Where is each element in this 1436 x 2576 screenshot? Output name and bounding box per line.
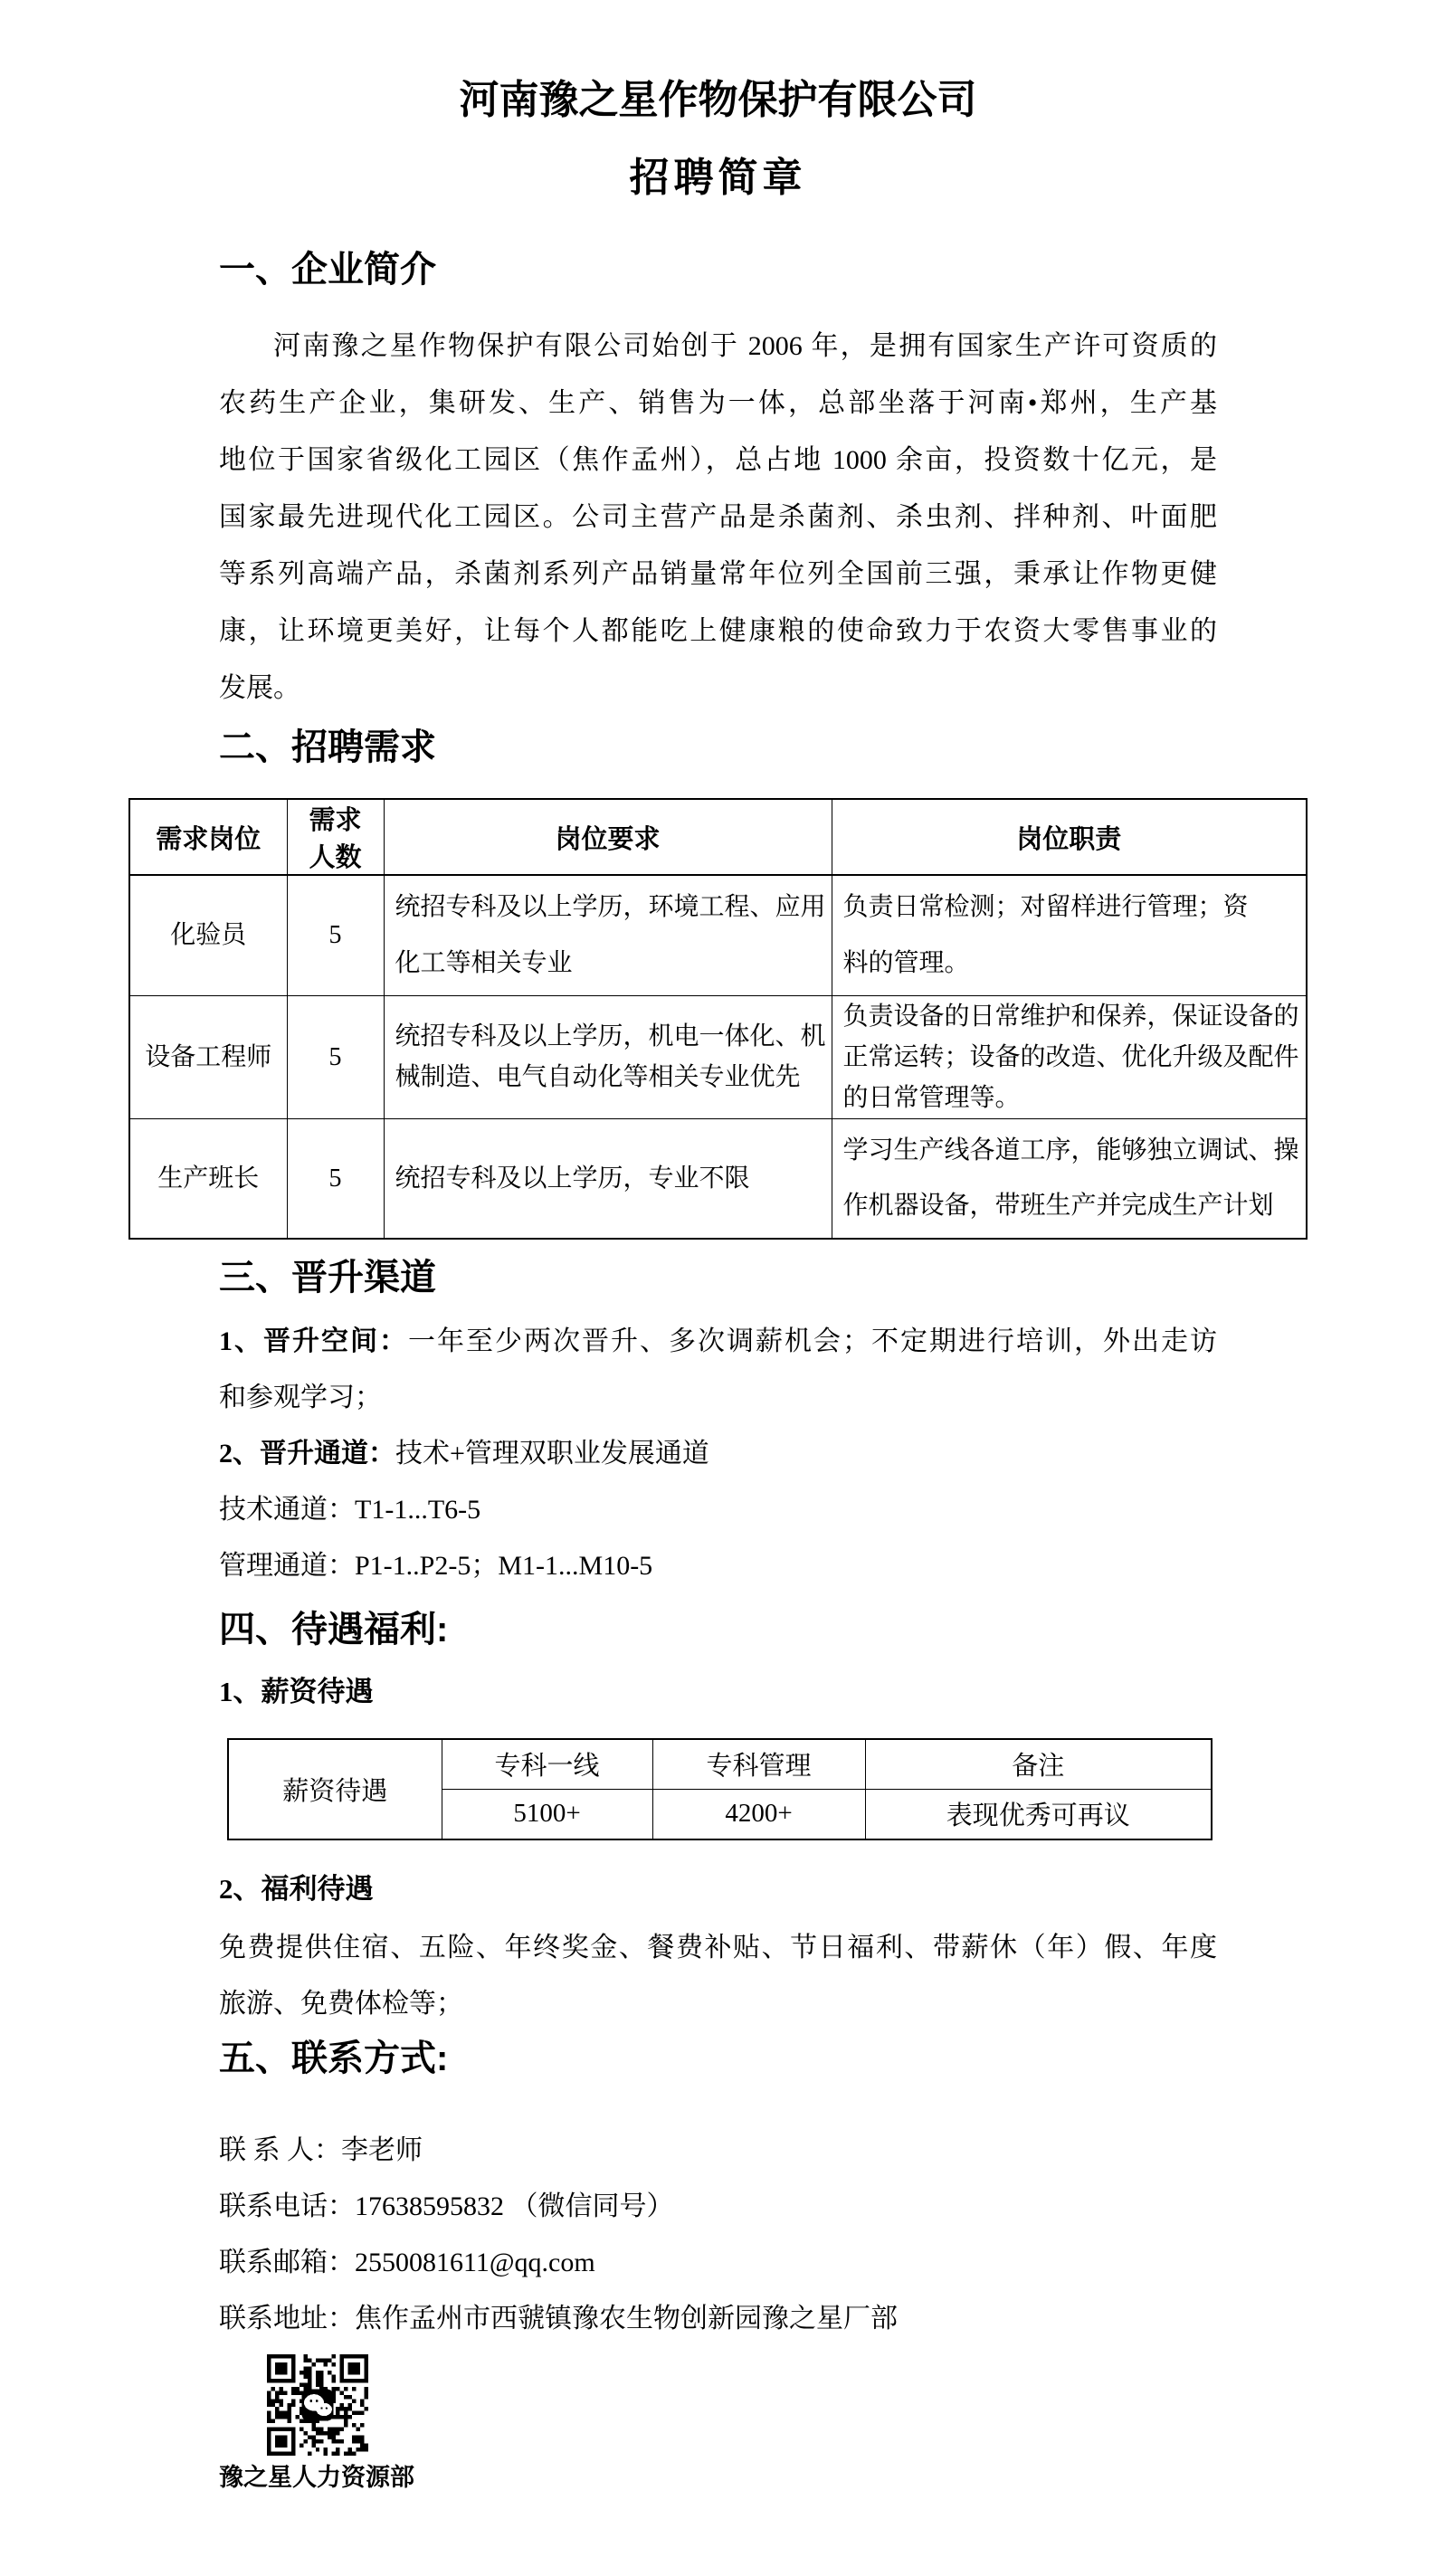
section-heading-welfare: 四、待遇福利: [219,1610,448,1649]
promotion-line: 技术通道：T1-1...T6-5 [219,1492,1217,1529]
wechat-icon [302,2390,334,2421]
contact-address-line: 联系地址：焦作孟州市西虢镇豫农生物创新园豫之星厂部 [219,2301,898,2336]
promotion-line: 2、晋升通道：技术+管理双职业发展通道 [219,1436,1217,1473]
intro-line: 农药生产企业，集研发、生产、销售为一体，总部坐落于河南•郑州，生产基 [219,385,1217,423]
section-heading-intro: 一、企业简介 [219,250,436,290]
section-heading-recruit: 二、招聘需求 [219,727,436,767]
table-header-row: 需求岗位 需求 人数 岗位要求 岗位职责 [129,799,1307,875]
cell-requirement: 统招专科及以上学历，机电一体化、机 械制造、电气自动化等相关专业优先 [384,995,832,1118]
cell-duty: 负责日常检测；对留样进行管理；资 料的管理。 [832,875,1307,995]
cell-duty: 负责设备的日常维护和保养，保证设备的 正常运转；设备的改造、优化升级及配件 的日… [832,995,1307,1118]
page-subtitle: 招聘简章 [219,156,1217,202]
cell-requirement: 统招专科及以上学历，环境工程、应用 化工等相关专业 [384,875,832,995]
table-row: 设备工程师 5 统招专科及以上学历，机电一体化、机 械制造、电气自动化等相关专业… [129,995,1307,1118]
salary-value-management: 4200+ [652,1789,865,1839]
promotion-line-lead: 1、晋升空间： [219,1326,408,1356]
cell-post: 化验员 [129,875,287,995]
table-row: 化验员 5 统招专科及以上学历，环境工程、应用 化工等相关专业 负责日常检测；对… [129,875,1307,995]
qr-code [267,2354,368,2456]
intro-line: 康，让环境更美好，让每个人都能吃上健康粮的使命致力于农资大零售事业的 [219,613,1217,651]
benefit-line: 免费提供住宿、五险、年终奖金、餐费补贴、节日福利、带薪休（年）假、年度 [219,1930,1217,1967]
footer-department: 豫之星人力资源部 [219,2457,414,2493]
salary-value-note: 表现优秀可再议 [865,1789,1212,1839]
cell-count: 5 [287,995,384,1118]
promotion-line-text: 和参观学习； [219,1383,382,1412]
promotion-line-text: 管理通道：P1-1..P2-5；M1-1...M10-5 [219,1551,652,1581]
column-header-duty: 岗位职责 [832,799,1307,875]
promotion-line: 管理通道：P1-1..P2-5；M1-1...M10-5 [219,1548,1217,1585]
recruitment-table: 需求岗位 需求 人数 岗位要求 岗位职责 化验员 5 统招专科及以上学历，环境工… [128,798,1308,1240]
contact-email-line: 联系邮箱：2550081611@qq.com [219,2245,595,2280]
cell-count: 5 [287,1118,384,1239]
salary-table: 薪资待遇 专科一线 专科管理 备注 5100+ 4200+ 表现优秀可再议 [227,1738,1213,1840]
promotion-line-text: 技术+管理双职业发展通道 [395,1439,709,1469]
intro-line: 等系列高端产品，杀菌剂系列产品销量常年位列全国前三强，秉承让作物更健 [219,556,1217,594]
promotion-line: 和参观学习； [219,1380,1217,1417]
salary-value-frontline: 5100+ [442,1789,652,1839]
benefit-subheading: 2、福利待遇 [219,1872,374,1906]
promotion-line-text: 技术通道：T1-1...T6-5 [219,1495,480,1525]
intro-line: 发展。 [219,670,1217,708]
salary-col-frontline: 专科一线 [442,1739,652,1789]
table-row: 生产班长 5 统招专科及以上学历，专业不限 学习生产线各道工序，能够独立调试、操… [129,1118,1307,1239]
document-page: 河南豫之星作物保护有限公司 招聘简章 一、企业简介 河南豫之星作物保护有限公司始… [0,0,1436,2576]
section-heading-contact: 五、联系方式: [219,2039,448,2078]
intro-line: 地位于国家省级化工园区（焦作孟州），总占地 1000 余亩，投资数十亿元，是 [219,442,1217,480]
promotion-line-text: 一年至少两次晋升、多次调薪机会；不定期进行培训，外出走访 [408,1326,1217,1356]
intro-line: 国家最先进现代化工园区。公司主营产品是杀菌剂、杀虫剂、拌种剂、叶面肥 [219,499,1217,537]
cell-duty: 学习生产线各道工序，能够独立调试、操 作机器设备，带班生产并完成生产计划 [832,1118,1307,1239]
promotion-line-lead: 2、晋升通道： [219,1439,395,1469]
intro-line: 河南豫之星作物保护有限公司始创于 2006 年，是拥有国家生产许可资质的 [219,328,1217,366]
cell-requirement: 统招专科及以上学历，专业不限 [384,1118,832,1239]
salary-header-row: 薪资待遇 专科一线 专科管理 备注 [228,1739,1212,1789]
column-header-requirement: 岗位要求 [384,799,832,875]
salary-col-management: 专科管理 [652,1739,865,1789]
cell-post: 生产班长 [129,1118,287,1239]
cell-count: 5 [287,875,384,995]
contact-person-line: 联 系 人：李老师 [219,2133,423,2168]
page-title: 河南豫之星作物保护有限公司 [219,78,1217,124]
column-header-post: 需求岗位 [129,799,287,875]
section-heading-promotion: 三、晋升渠道 [219,1258,436,1298]
salary-col-note: 备注 [865,1739,1212,1789]
benefit-line: 旅游、免费体检等； [219,1986,1217,2023]
salary-subheading: 1、薪资待遇 [219,1675,374,1708]
column-header-count: 需求 人数 [287,799,384,875]
promotion-line: 1、晋升空间：一年至少两次晋升、多次调薪机会；不定期进行培训，外出走访 [219,1324,1217,1361]
cell-post: 设备工程师 [129,995,287,1118]
contact-phone-line: 联系电话：17638595832 （微信同号） [219,2189,674,2224]
salary-row-label: 薪资待遇 [228,1739,442,1839]
